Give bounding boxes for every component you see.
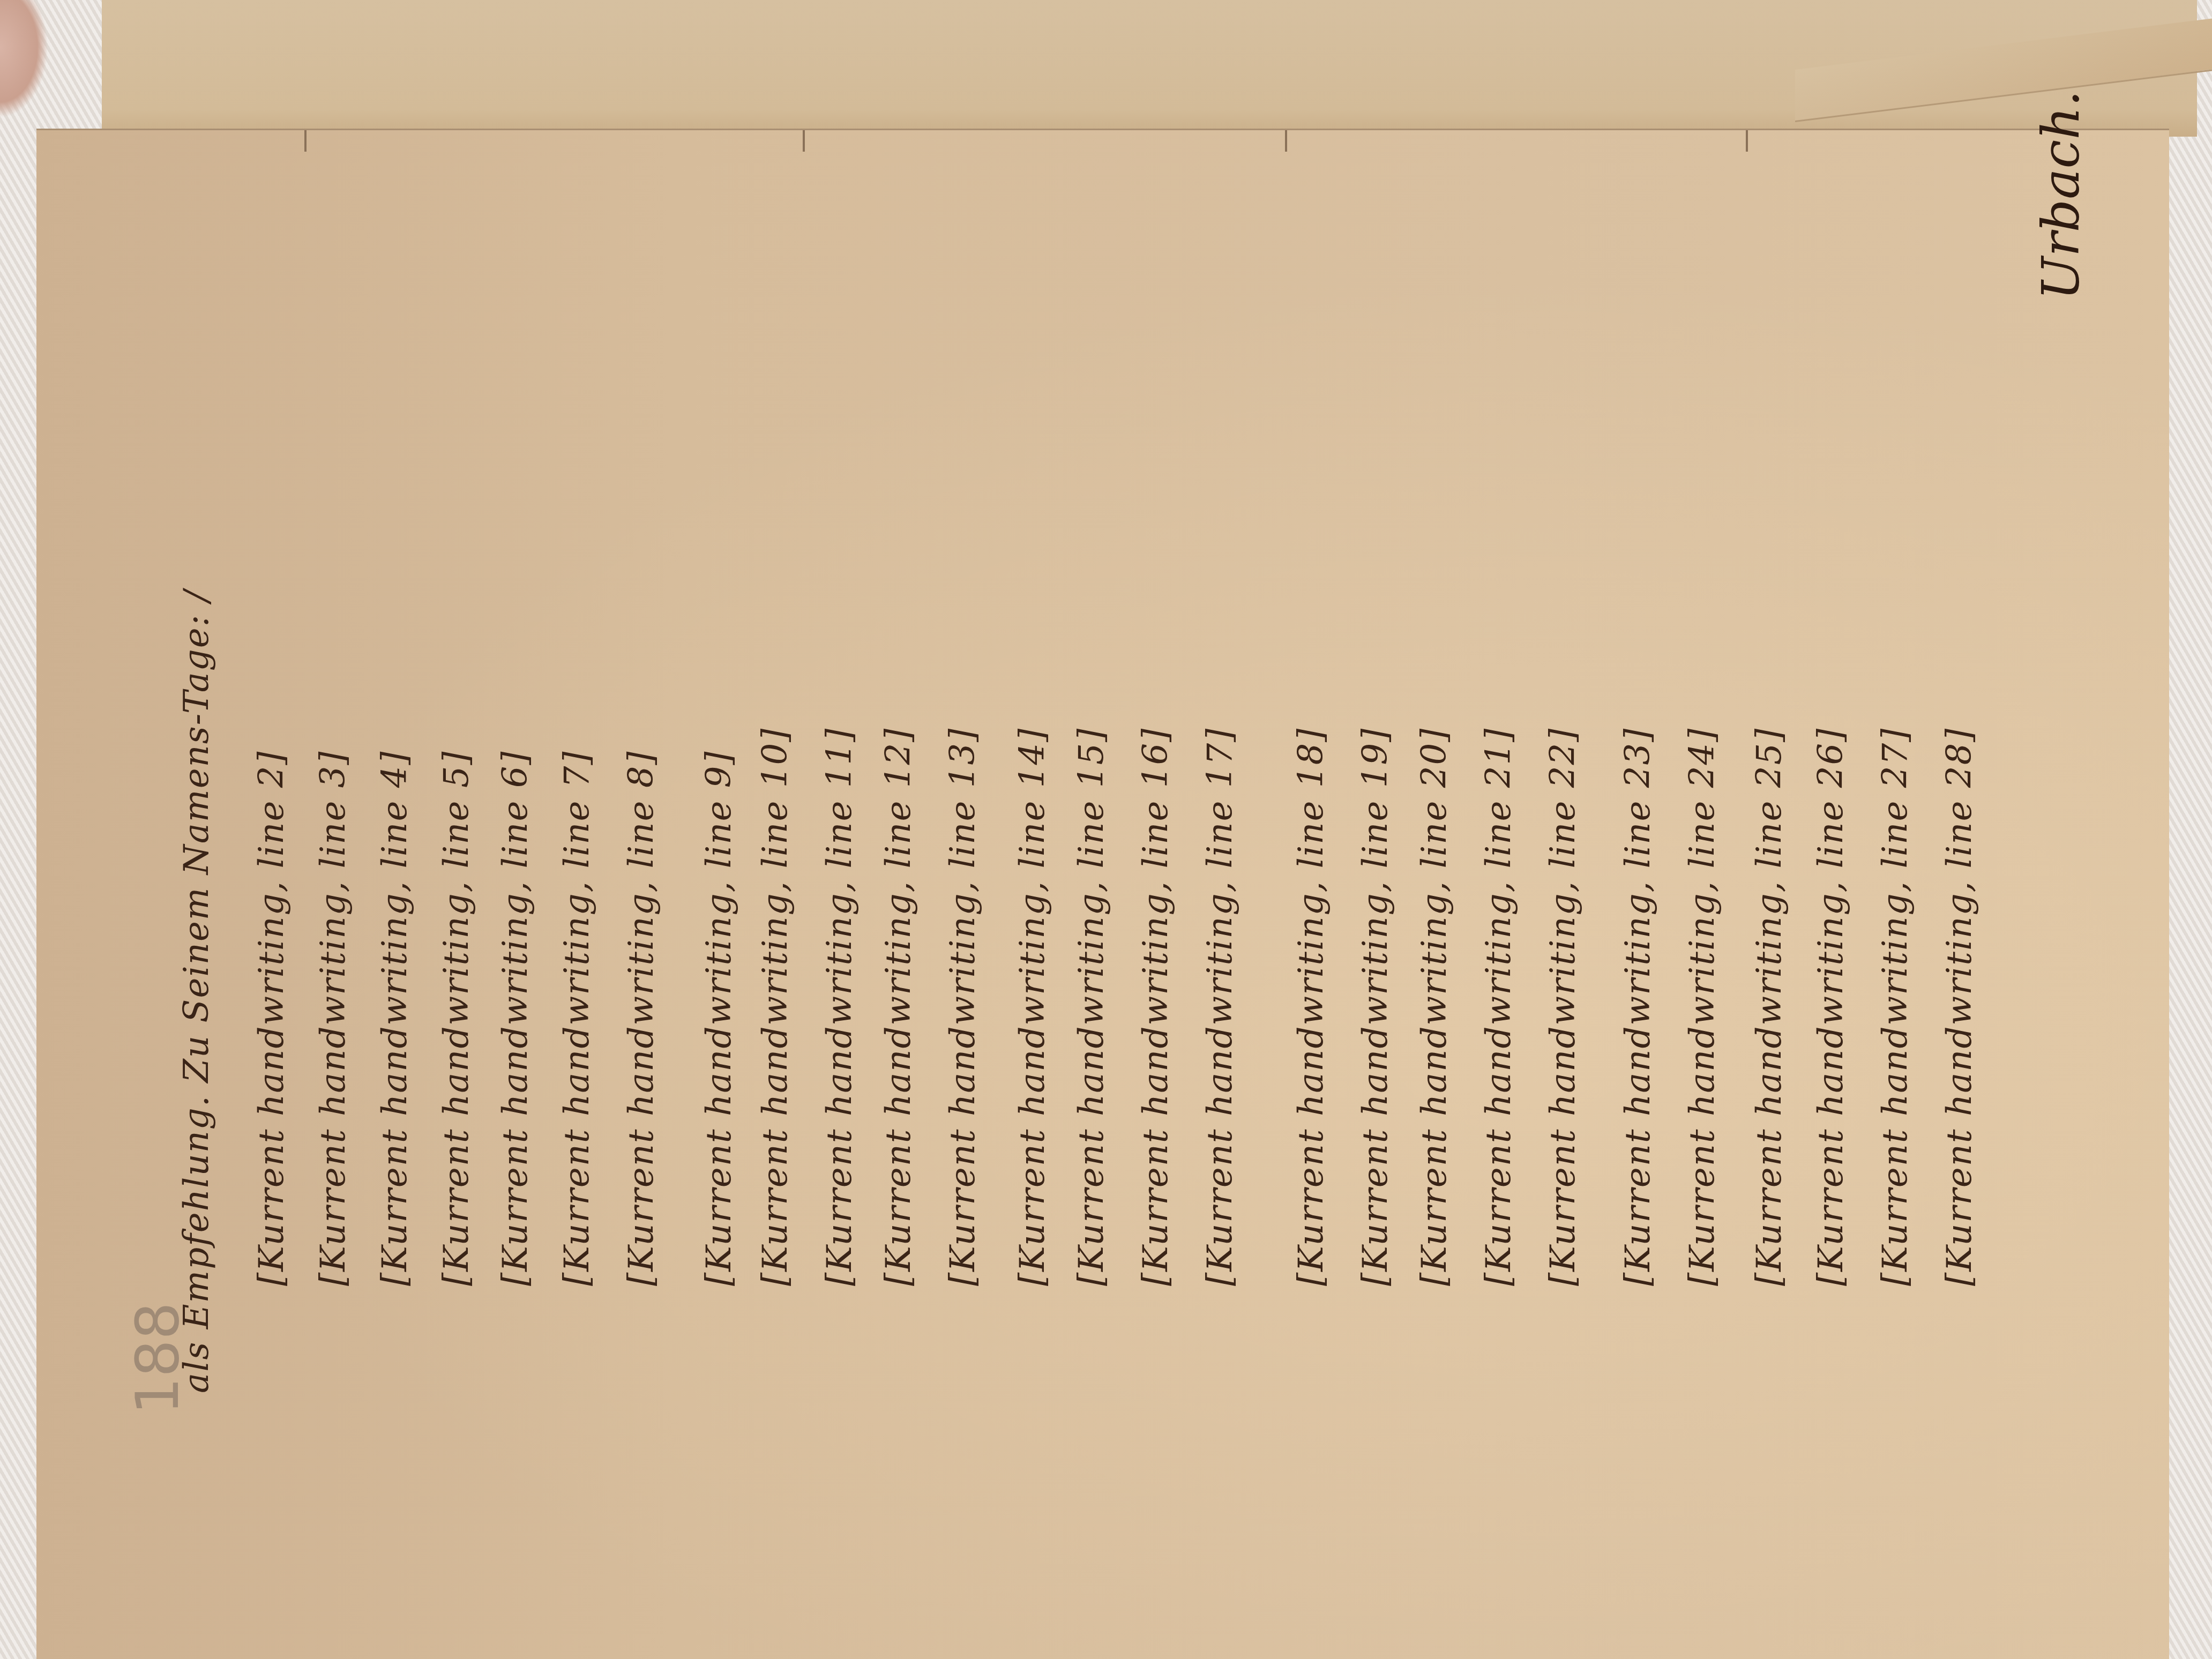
handwritten-line: [Kurrent handwriting, line 20] [1415, 728, 1454, 1286]
handwritten-line: [Kurrent handwriting, line 5] [437, 751, 476, 1286]
handwritten-line: [Kurrent handwriting, line 21] [1479, 728, 1519, 1286]
handwritten-line: [Kurrent handwriting, line 26] [1811, 728, 1851, 1286]
handwritten-line: [Kurrent handwriting, line 22] [1543, 728, 1583, 1286]
handwritten-line: [Kurrent handwriting, line 25] [1750, 728, 1789, 1286]
handwritten-line: [Kurrent handwriting, line 8] [622, 751, 661, 1286]
handwritten-line: [Kurrent handwriting, line 16] [1136, 728, 1176, 1286]
fold-crease-mark [1746, 130, 1748, 152]
handwritten-line: [Kurrent handwriting, line 9] [699, 751, 739, 1286]
handwritten-line: [Kurrent handwriting, line 19] [1356, 728, 1395, 1286]
fold-crease-mark [1285, 130, 1287, 152]
handwritten-line: [Kurrent handwriting, line 27] [1875, 728, 1915, 1286]
handwritten-line: [Kurrent handwriting, line 17] [1200, 728, 1240, 1286]
handwritten-line: [Kurrent handwriting, line 15] [1072, 728, 1111, 1286]
handwritten-line: [Kurrent handwriting, line 2] [252, 751, 292, 1286]
signature: Urbach. [2031, 90, 2091, 300]
handwritten-line: [Kurrent handwriting, line 3] [313, 751, 353, 1286]
handwritten-line: [Kurrent handwriting, line 28] [1940, 728, 1979, 1286]
handwritten-line: [Kurrent handwriting, line 13] [943, 728, 983, 1286]
fold-crease-mark [803, 130, 805, 152]
handwritten-line: [Kurrent handwriting, line 18] [1291, 728, 1331, 1286]
handwritten-line: [Kurrent handwriting, line 24] [1683, 728, 1722, 1286]
handwritten-line: [Kurrent handwriting, line 6] [496, 751, 535, 1286]
handwritten-line: [Kurrent handwriting, line 23] [1618, 728, 1658, 1286]
handwritten-line: [Kurrent handwriting, line 12] [879, 728, 918, 1286]
finger-holding-page [0, 0, 48, 118]
handwritten-line: [Kurrent handwriting, line 14] [1013, 728, 1052, 1286]
fold-crease-mark [304, 130, 307, 152]
handwritten-line: [Kurrent handwriting, line 7] [557, 751, 597, 1286]
handwritten-line: [Kurrent handwriting, line 4] [375, 751, 415, 1286]
handwritten-line: als Empfehlung. Zu Seinem Namens-Tage: / [177, 589, 216, 1393]
handwritten-line: [Kurrent handwriting, line 11] [820, 728, 860, 1286]
handwritten-line: [Kurrent handwriting, line 10] [756, 728, 795, 1286]
